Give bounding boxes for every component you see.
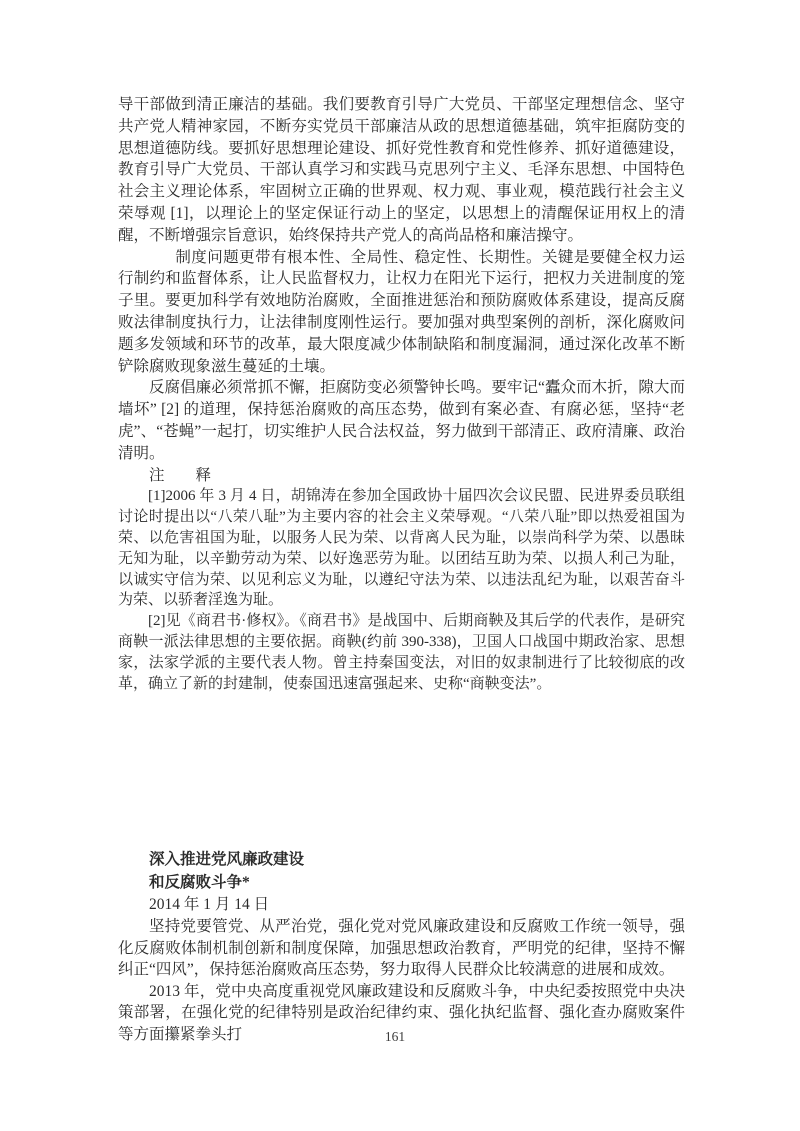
article-title-line-1: 深入推进党风廉政建设 — [149, 849, 685, 872]
notes-heading: 注 释 — [118, 465, 685, 487]
next-article-section: 深入推进党风廉政建设 和反腐败斗争* 2014 年 1 月 14 日 坚持党要管… — [118, 849, 685, 1046]
footnote-1: [1]2006 年 3 月 4 日，胡锦涛在参加全国政协十届四次会议民盟、民进界… — [118, 486, 685, 611]
body-text-column: 导干部做到清正廉洁的基础。我们要教育引导广大党员、干部坚定理想信念、坚守共产党人… — [118, 94, 685, 694]
document-page: 导干部做到清正廉洁的基础。我们要教育引导广大党员、干部坚定理想信念、坚守共产党人… — [0, 0, 800, 1131]
paragraph-anticorruption: 反腐倡廉必须常抓不懈，拒腐防变必须警钟长鸣。要牢记“蠹众而木折，隙大而墙坏” [… — [118, 377, 685, 464]
article-date: 2014 年 1 月 14 日 — [149, 894, 685, 916]
article-title-line-2: 和反腐败斗争* — [149, 872, 685, 895]
page-number: 161 — [0, 1030, 790, 1044]
footnote-2: [2]见《商君书·修权》。《商君书》是战国中、后期商鞅及其后学的代表作，是研究商… — [118, 611, 685, 694]
paragraph-uphold-party: 坚持党要管党、从严治党，强化党对党风廉政建设和反腐败工作统一领导，强化反腐败体制… — [118, 916, 685, 981]
paragraph-institutions: 制度问题更带有根本性、全局性、稳定性、长期性。关键是要健全权力运行制约和监督体系… — [118, 247, 685, 378]
continued-paragraph: 导干部做到清正廉洁的基础。我们要教育引导广大党员、干部坚定理想信念、坚守共产党人… — [118, 94, 685, 247]
